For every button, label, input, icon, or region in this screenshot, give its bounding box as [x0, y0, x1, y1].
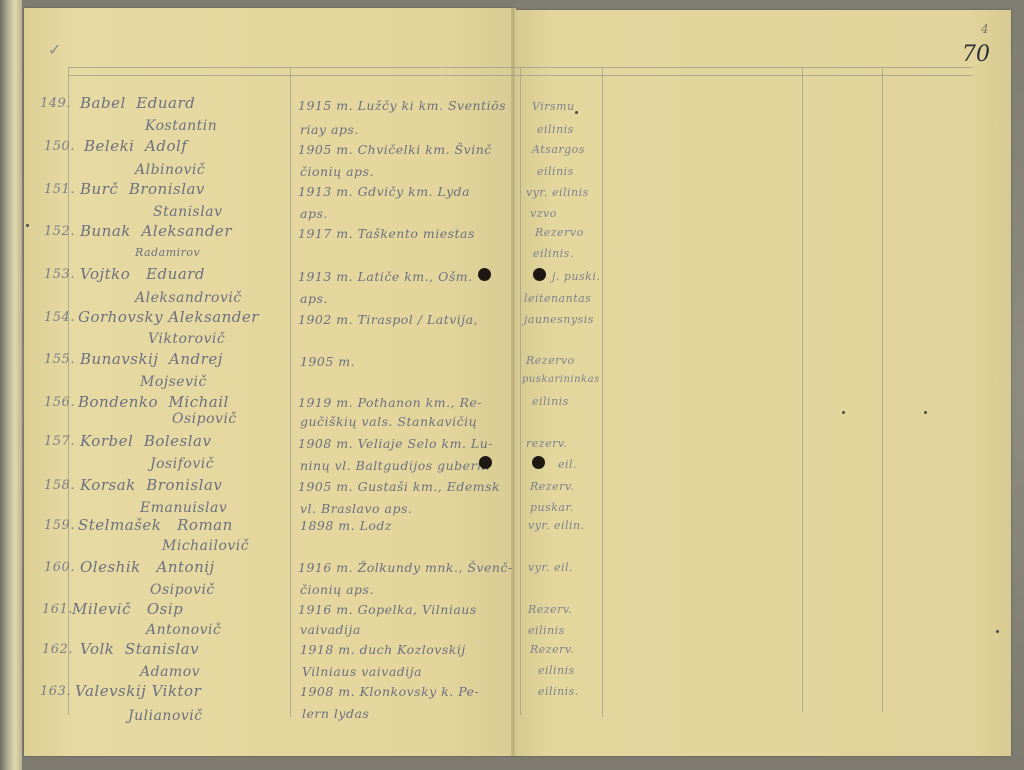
- entry-number: 159.: [44, 518, 75, 533]
- entry-patronymic: Kostantin: [145, 118, 217, 134]
- first-name: Osip: [147, 600, 183, 618]
- entry-name: Vojtko Eduard: [80, 265, 205, 283]
- first-name: Eduard: [146, 265, 205, 283]
- punch-hole: [478, 268, 491, 281]
- surname: Beleki: [84, 137, 134, 155]
- column-rule-name: [290, 67, 291, 717]
- surname: Burč: [80, 180, 118, 198]
- entry-note-line2: eilinis.: [533, 247, 574, 260]
- first-name: Adolf: [145, 137, 187, 155]
- entry-name: Beleki Adolf: [84, 137, 187, 155]
- entry-note-line1: Virsmu: [532, 100, 575, 113]
- entry-note-line1: vyr. eilinis: [526, 186, 589, 199]
- first-name: Bronislav: [129, 180, 205, 198]
- surname: Korsak: [80, 476, 136, 494]
- entry-name: Volk Stanislav: [80, 640, 199, 658]
- entry-note-line1: Rezervo: [526, 354, 575, 367]
- entry-info-line1: 1913 m. Gdvičy km. Lyda: [298, 184, 470, 199]
- entry-info-line1: 1916 m. Žolkundy mnk., Švenč-: [298, 560, 513, 575]
- entry-patronymic: Albinovič: [135, 162, 205, 178]
- entry-note-line1: rezerv.: [526, 437, 567, 450]
- column-rule-number: [68, 67, 69, 715]
- entry-note-line1: Atsargos: [532, 143, 585, 156]
- first-name: Antonij: [157, 558, 215, 576]
- entry-info-line2: čionių aps.: [300, 164, 374, 179]
- first-name: Bronislav: [146, 476, 222, 494]
- entry-note-line2: puskarininkas: [522, 374, 600, 385]
- entry-name: Bunak Aleksander: [80, 222, 232, 240]
- entry-info-line1: 1905 m. Chvičelki km. Švinč: [298, 142, 492, 157]
- entry-info-line1: 1917 m. Taškento miestas: [298, 226, 475, 241]
- entry-number: 161.: [42, 602, 73, 617]
- punch-hole: [532, 456, 545, 469]
- entry-number: 149.: [40, 96, 71, 111]
- first-name: Eduard: [136, 94, 195, 112]
- paper-speck: [575, 111, 578, 114]
- entry-number: 150.: [44, 139, 75, 154]
- surname: Babel: [80, 94, 126, 112]
- paper-speck: [924, 411, 927, 414]
- entry-patronymic: Radamirov: [135, 246, 200, 259]
- entry-patronymic: Adamov: [140, 664, 200, 680]
- entry-name: Bondenko Michail: [78, 393, 229, 411]
- column-rule-right-1: [802, 67, 803, 712]
- entry-patronymic: Michailovič: [162, 538, 249, 554]
- entry-patronymic: Antonovič: [146, 622, 221, 638]
- entry-note-line1: Rezerv.: [530, 643, 574, 656]
- first-name: Andrej: [169, 350, 223, 368]
- entry-info-line2: Vilniaus vaivadija: [302, 664, 422, 679]
- surname: Gorhovsky: [78, 308, 163, 326]
- entry-note-line1: jaunesnysis: [524, 313, 594, 326]
- entry-info-line2: aps.: [300, 206, 328, 221]
- entry-info-line1: 1905 m.: [300, 354, 355, 369]
- entry-patronymic: Emanuislav: [140, 500, 227, 516]
- entry-note-line2: vzvo: [530, 207, 557, 220]
- entry-number: 163.: [40, 684, 71, 699]
- entry-number: 160.: [44, 560, 75, 575]
- entry-note-line2: puskar.: [530, 501, 574, 514]
- entry-patronymic: Aleksandrovič: [135, 290, 242, 306]
- entry-note-line2: eilinis: [537, 123, 574, 136]
- column-rule-notes: [602, 67, 603, 717]
- binding-edge: [0, 0, 22, 770]
- entry-info-line1: 1919 m. Pothanon km., Re-: [298, 395, 482, 410]
- page-number: 70: [962, 42, 990, 67]
- entry-number: 153.: [44, 267, 75, 282]
- entry-info-line2: vaivadija: [300, 622, 361, 637]
- punch-hole: [533, 268, 546, 281]
- surname: Milevič: [72, 600, 131, 618]
- entry-name: Stelmašek Roman: [78, 516, 233, 534]
- paper-speck: [26, 224, 29, 227]
- entry-note-line1: vyr. eilin.: [528, 519, 585, 532]
- entry-number: 151.: [44, 182, 75, 197]
- surname: Korbel: [80, 432, 133, 450]
- entry-name: Oleshik Antonij: [80, 558, 215, 576]
- first-name: Stanislav: [125, 640, 199, 658]
- first-name: Viktor: [152, 682, 202, 700]
- entry-info-line1: 1916 m. Gopelka, Vilniaus: [298, 602, 477, 617]
- entry-info-line1: 1898 m. Lodz: [300, 518, 392, 533]
- entry-note-line2: eilinis: [538, 664, 575, 677]
- entry-name: Gorhovsky Aleksander: [78, 308, 259, 326]
- entry-note-line1: Rezerv.: [528, 603, 572, 616]
- entry-name: Babel Eduard: [80, 94, 195, 112]
- first-name: Aleksander: [168, 308, 259, 326]
- surname: Stelmašek: [78, 516, 161, 534]
- entry-note-line1: eilinis.: [538, 685, 579, 698]
- first-name: Boleslav: [144, 432, 212, 450]
- entry-name: Korbel Boleslav: [80, 432, 211, 450]
- entry-number: 152.: [44, 224, 75, 239]
- entry-number: 157.: [44, 434, 75, 449]
- entry-info-line1: 1905 m. Gustaši km., Edemsk: [298, 479, 500, 494]
- entry-note-line2: eilinis: [528, 624, 565, 637]
- paper-speck: [996, 630, 999, 633]
- entry-info-line2: čionių aps.: [300, 582, 374, 597]
- entry-note-line1: j. puski.: [552, 270, 600, 283]
- page-number-old: 4: [981, 22, 989, 36]
- column-rule-right-2: [882, 67, 883, 712]
- first-name: Michail: [169, 393, 229, 411]
- entry-patronymic: Osipovič: [172, 411, 237, 427]
- entry-info-line1: 1915 m. Lužčy ki km. Sventiōs: [298, 98, 506, 113]
- book-spine: [511, 8, 516, 756]
- entry-info-line2: aps.: [300, 291, 328, 306]
- entry-note-line2: leitenantas: [524, 292, 591, 305]
- entry-info-line1: 1913 m. Latiče km., Ošm.: [298, 269, 473, 284]
- entry-info-line2: lern lydas: [302, 706, 369, 721]
- surname: Bunak: [80, 222, 131, 240]
- surname: Vojtko: [80, 265, 130, 283]
- entry-info-line1: 1908 m. Veliaje Selo km. Lu-: [298, 436, 493, 451]
- surname: Bunavskij: [80, 350, 159, 368]
- entry-name: Korsak Bronislav: [80, 476, 222, 494]
- entry-info-line2: gučiškių vals. Stankavičių: [300, 414, 477, 429]
- entry-note-line1: vyr. eil.: [528, 561, 573, 574]
- entry-patronymic: Stanislav: [153, 204, 222, 220]
- entry-name: Burč Bronislav: [80, 180, 205, 198]
- entry-number: 155.: [44, 352, 75, 367]
- entry-number: 154.: [44, 310, 75, 325]
- entry-patronymic: Julianovič: [128, 708, 203, 724]
- entry-note-line1: eilinis: [532, 395, 569, 408]
- entry-name: Valevskij Viktor: [75, 682, 201, 700]
- entry-info-line2: ninų vl. Baltgudijos gubern.: [300, 458, 490, 473]
- entry-number: 162.: [42, 642, 73, 657]
- entry-patronymic: Mojsevič: [140, 374, 207, 390]
- entry-info-line2: vl. Braslavo aps.: [300, 501, 412, 516]
- entry-patronymic: Osipovič: [150, 582, 215, 598]
- entry-note-line1: Rezerv.: [530, 480, 574, 493]
- surname: Oleshik: [80, 558, 141, 576]
- first-name: Aleksander: [141, 222, 232, 240]
- surname: Volk: [80, 640, 114, 658]
- check-mark: ✓: [48, 40, 61, 59]
- entry-number: 158.: [44, 478, 75, 493]
- entry-info-line2: riay aps.: [300, 122, 359, 137]
- first-name: Roman: [177, 516, 233, 534]
- surname: Bondenko: [78, 393, 158, 411]
- entry-note-line2: eil.: [558, 458, 577, 471]
- entry-info-line1: 1918 m. duch Kozlovskij: [300, 642, 466, 657]
- entry-note-line2: eilinis: [537, 165, 574, 178]
- entry-info-line1: 1902 m. Tiraspol / Latvija,: [298, 312, 478, 327]
- paper-speck: [842, 411, 845, 414]
- entry-patronymic: Viktorovič: [148, 331, 225, 347]
- entry-note-line1: Rezervo: [535, 226, 584, 239]
- entry-patronymic: Josifovič: [150, 456, 214, 472]
- entry-info-line1: 1908 m. Klonkovsky k. Pe-: [300, 684, 479, 699]
- column-rule-info: [520, 67, 521, 715]
- surname: Valevskij: [75, 682, 146, 700]
- entry-name: Milevič Osip: [72, 600, 183, 618]
- entry-number: 156.: [44, 395, 75, 410]
- punch-hole: [479, 456, 492, 469]
- entry-name: Bunavskij Andrej: [80, 350, 223, 368]
